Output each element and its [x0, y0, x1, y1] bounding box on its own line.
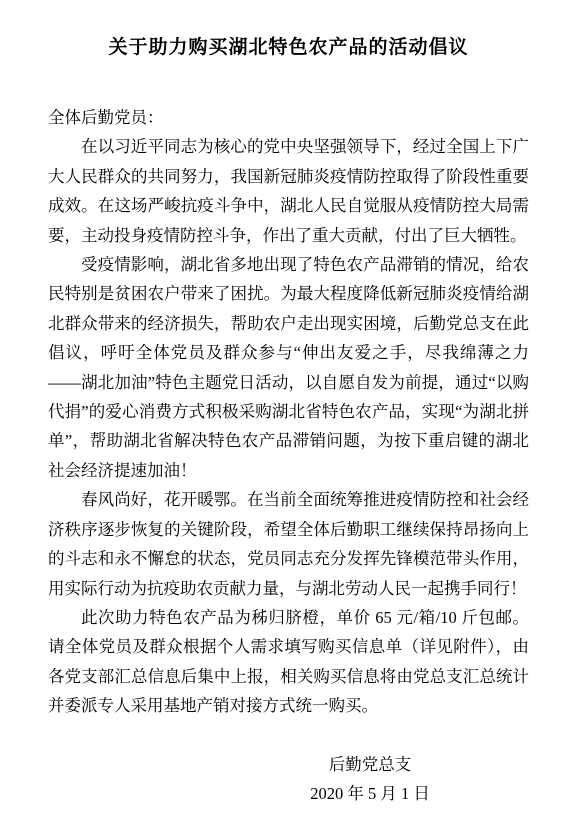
paragraph-1: 在以习近平同志为核心的党中央坚强领导下，经过全国上下广大人民群众的共同努力，我国… [48, 132, 529, 250]
paragraph-2: 受疫情影响，湖北省多地出现了特色农产品滞销的情况，给农民特别是贫困农户带来了困扰… [48, 250, 529, 485]
document-body: 全体后勤党员： 在以习近平同志为核心的党中央坚强领导下，经过全国上下广大人民群众… [48, 103, 529, 721]
document-page: 关于助力购买湖北特色农产品的活动倡议 全体后勤党员： 在以习近平同志为核心的党中… [0, 0, 574, 831]
signature-name: 后勤党总支 [285, 750, 455, 779]
signature-block: 后勤党总支 2020 年 5 月 1 日 [285, 750, 455, 809]
salutation: 全体后勤党员： [48, 103, 529, 132]
paragraph-3: 春风尚好，花开暖鄂。在当前全面统筹推进疫情防控和社会经济秩序逐步恢复的关键阶段，… [48, 485, 529, 603]
paragraph-4: 此次助力特色农产品为秭归脐橙，单价 65 元/箱/10 斤包邮。请全体党员及群众… [48, 603, 529, 721]
document-title: 关于助力购买湖北特色农产品的活动倡议 [48, 0, 529, 61]
signature-date: 2020 年 5 月 1 日 [285, 779, 455, 808]
